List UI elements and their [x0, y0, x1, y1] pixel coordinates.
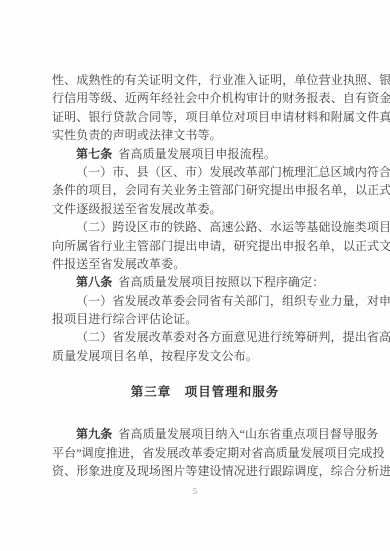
document-line: 件报送至省发展改革委。 [52, 255, 358, 273]
document-line: （一）市、县（区、市）发展改革部门梳理汇总区域内符合 [52, 163, 358, 181]
document-line: 实性负责的声明或法律文书等。 [52, 126, 358, 144]
document-line: 证明、银行贷款合同等，项目单位对项目申请材料和附属文件真 [52, 108, 358, 126]
chapter-heading: 第三章 项目管理和服务 [52, 382, 358, 402]
line-text: 省高质量发展项目纳入“山东省重点项目督导服务 [118, 427, 378, 441]
document-page: 性、成熟性的有关证明文件，行业准入证明，单位营业执照、银行信用等级、近两年经社会… [0, 0, 390, 551]
document-line: 行信用等级、近两年经社会中介机构审计的财务报表、自有资金 [52, 89, 358, 107]
document-body: 性、成熟性的有关证明文件，行业准入证明，单位营业执照、银行信用等级、近两年经社会… [52, 71, 358, 480]
document-line: 性、成熟性的有关证明文件，行业准入证明，单位营业执照、银 [52, 71, 358, 89]
document-line: 平台”调度推进，省发展改革委定期对省高质量发展项目完成投 [52, 444, 358, 462]
document-line: 质量发展项目名单，按程序发文公布。 [52, 347, 358, 365]
document-line: （二）跨设区市的铁路、高速公路、水运等基础设施类项目 [52, 218, 358, 236]
article-number: 第八条 [76, 275, 112, 289]
document-line: 第九条省高质量发展项目纳入“山东省重点项目督导服务 [52, 425, 358, 443]
document-line: 条件的项目，会同有关业务主管部门研究提出申报名单，以正式 [52, 181, 358, 199]
document-line: 报项目进行综合评估论证。 [52, 310, 358, 328]
article-number: 第七条 [76, 147, 112, 161]
page-number: 5 [0, 487, 390, 497]
article-number: 第九条 [76, 427, 112, 441]
line-text: 省高质量发展项目申报流程。 [118, 147, 276, 161]
document-line: 第七条省高质量发展项目申报流程。 [52, 145, 358, 163]
document-line: （二）省发展改革委对各方面意见进行统筹研判，提出省高 [52, 328, 358, 346]
document-line: 第八条省高质量发展项目按照以下程序确定： [52, 273, 358, 291]
line-text: 省高质量发展项目按照以下程序确定： [118, 275, 324, 289]
document-line: 资、形象进度及现场图片等建设情况进行跟踪调度，综合分析进 [52, 462, 358, 480]
document-line: （一）省发展改革委会同省有关部门，组织专业力量，对申 [52, 292, 358, 310]
document-line: 文件逐级报送至省发展改革委。 [52, 200, 358, 218]
document-line: 向所属省行业主管部门提出申请，研究提出申报名单，以正式文 [52, 237, 358, 255]
